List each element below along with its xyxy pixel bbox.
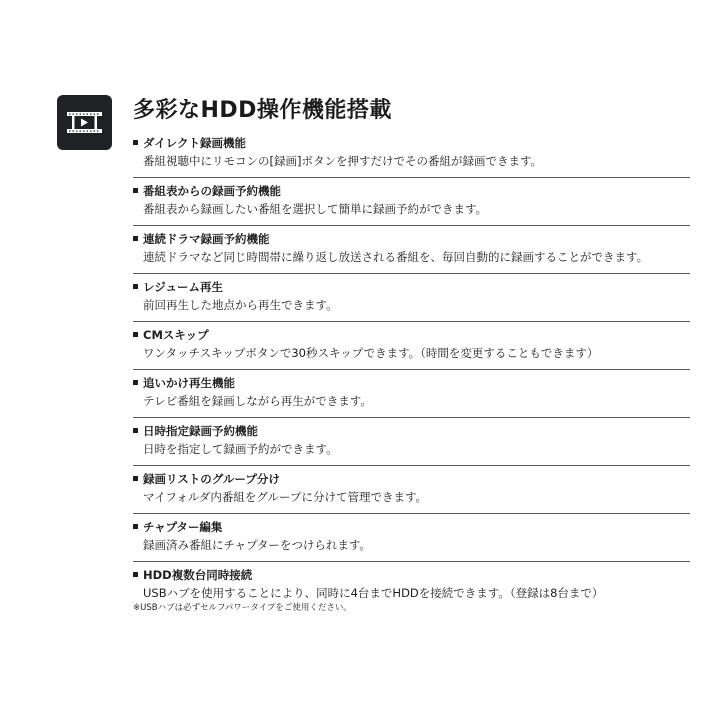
feature-description: 日時を指定して録画予約ができます。 [133, 440, 690, 458]
feature-item-direct-record: ダイレクト録画機能 番組視聴中にリモコンの[録画]ボタンを押すだけでその番組が録… [133, 130, 690, 178]
feature-item-recording-groups: 録画リストのグループ分け マイフォルダ内番組をグループに分けて管理できます。 [133, 466, 690, 514]
feature-description: USBハブを使用することにより、同時に4台までHDDを接続できます。（登録は8台… [133, 584, 690, 602]
feature-title: 連続ドラマ録画予約機能 [133, 231, 690, 248]
bullet-icon [133, 332, 138, 337]
page-title: 多彩なHDD操作機能搭載 [133, 93, 392, 124]
feature-description: テレビ番組を録画しながら再生ができます。 [133, 392, 690, 410]
feature-description: 前回再生した地点から再生できます。 [133, 296, 690, 314]
feature-description: ワンタッチスキップボタンで30秒スキップできます。（時間を変更することもできます… [133, 344, 690, 362]
feature-description: マイフォルダ内番組をグループに分けて管理できます。 [133, 488, 690, 506]
film-play-icon [57, 95, 112, 150]
feature-title: ダイレクト録画機能 [133, 135, 690, 152]
feature-title: 録画リストのグループ分け [133, 471, 690, 488]
feature-title: HDD複数台同時接続 [133, 567, 690, 584]
feature-title: 日時指定録画予約機能 [133, 423, 690, 440]
feature-item-chase-playback: 追いかけ再生機能 テレビ番組を録画しながら再生ができます。 [133, 370, 690, 418]
feature-title: 番組表からの録画予約機能 [133, 183, 690, 200]
feature-item-resume-playback: レジューム再生 前回再生した地点から再生できます。 [133, 274, 690, 322]
feature-item-series-reservation: 連続ドラマ録画予約機能 連続ドラマなど同じ時間帯に繰り返し放送される番組を、毎回… [133, 226, 690, 274]
feature-description: 番組表から録画したい番組を選択して簡単に録画予約ができます。 [133, 200, 690, 218]
feature-item-cm-skip: CMスキップ ワンタッチスキップボタンで30秒スキップできます。（時間を変更する… [133, 322, 690, 370]
feature-description: 録画済み番組にチャプターをつけられます。 [133, 536, 690, 554]
bullet-icon [133, 236, 138, 241]
bullet-icon [133, 524, 138, 529]
feature-item-chapter-edit: チャプター編集 録画済み番組にチャプターをつけられます。 [133, 514, 690, 562]
feature-item-timer-reservation: 日時指定録画予約機能 日時を指定して録画予約ができます。 [133, 418, 690, 466]
bullet-icon [133, 428, 138, 433]
feature-title: チャプター編集 [133, 519, 690, 536]
bullet-icon [133, 380, 138, 385]
feature-item-multi-hdd: HDD複数台同時接続 USBハブを使用することにより、同時に4台までHDDを接続… [133, 562, 690, 614]
feature-note: ※USBハブは必ずセルフパワータイプをご使用ください。 [133, 602, 690, 614]
feature-title: 追いかけ再生機能 [133, 375, 690, 392]
bullet-icon [133, 476, 138, 481]
feature-description: 番組視聴中にリモコンの[録画]ボタンを押すだけでその番組が録画できます。 [133, 152, 690, 170]
feature-title: CMスキップ [133, 327, 690, 344]
bullet-icon [133, 188, 138, 193]
bullet-icon [133, 140, 138, 145]
feature-list: ダイレクト録画機能 番組視聴中にリモコンの[録画]ボタンを押すだけでその番組が録… [133, 130, 690, 614]
feature-description: 連続ドラマなど同じ時間帯に繰り返し放送される番組を、毎回自動的に録画することがで… [133, 248, 690, 266]
bullet-icon [133, 572, 138, 577]
feature-title: レジューム再生 [133, 279, 690, 296]
bullet-icon [133, 284, 138, 289]
feature-item-epg-reservation: 番組表からの録画予約機能 番組表から録画したい番組を選択して簡単に録画予約ができ… [133, 178, 690, 226]
